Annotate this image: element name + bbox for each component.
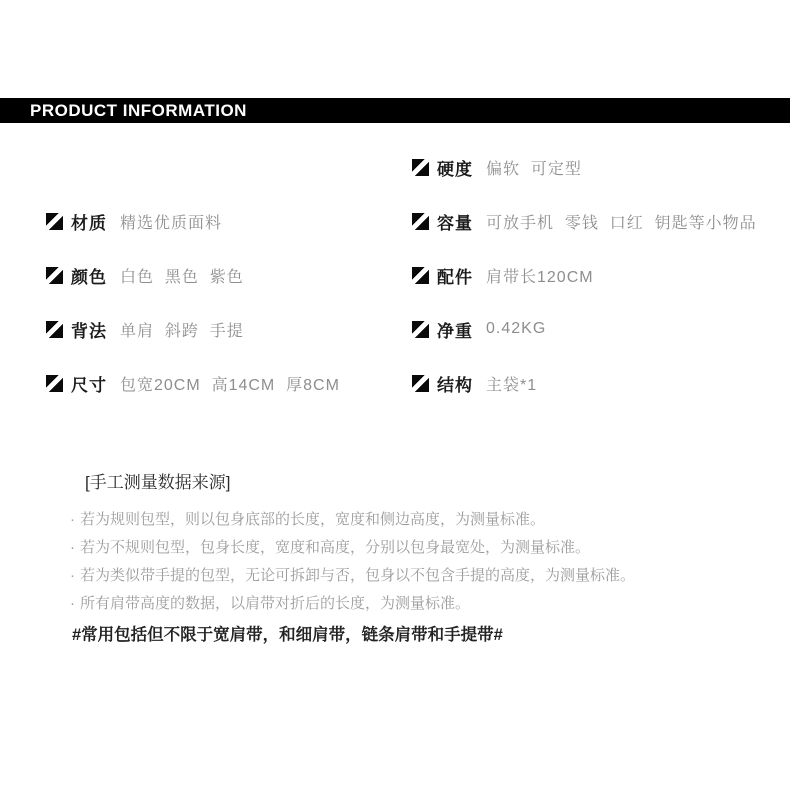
diagonal-square-icon <box>46 213 63 230</box>
spec-label: 颜色 <box>71 263 107 288</box>
measurement-notes-title: [手工测量数据来源] <box>85 468 730 493</box>
measurement-note-text: 若为类似带手提的包型，无论可拆卸与否，包身以不包含手提的高度，为测量标准。 <box>80 562 635 590</box>
spec-value: 包宽20CM 高14CM 厚8CM <box>120 372 340 395</box>
section-header-bar: PRODUCT INFORMATION <box>0 98 790 123</box>
spec-value: 0.42KG <box>486 320 546 338</box>
diagonal-square-icon <box>412 267 429 284</box>
bullet-dot-icon: · <box>70 506 80 534</box>
spec-label: 结构 <box>437 371 473 396</box>
spec-row-color: 颜色 白色 黑色 紫色 <box>46 265 244 285</box>
spec-row-capacity: 容量 可放手机 零钱 口红 钥匙等小物品 <box>412 211 757 231</box>
spec-value: 偏软 可定型 <box>486 156 582 179</box>
spec-row-accessory: 配件 肩带长120CM <box>412 265 594 285</box>
spec-label: 尺寸 <box>71 371 107 396</box>
spec-label: 硬度 <box>437 155 473 180</box>
bullet-dot-icon: · <box>70 590 80 618</box>
measurement-note-text: 所有肩带高度的数据，以肩带对折后的长度，为测量标准。 <box>80 590 470 618</box>
spec-row-net-weight: 净重 0.42KG <box>412 319 546 339</box>
measurement-note-line: · 若为类似带手提的包型，无论可拆卸与否，包身以不包含手提的高度，为测量标准。 <box>70 562 730 590</box>
spec-label: 材质 <box>71 209 107 234</box>
page-title: PRODUCT INFORMATION <box>0 101 247 121</box>
spec-row-structure: 结构 主袋*1 <box>412 373 537 393</box>
spec-value: 可放手机 零钱 口红 钥匙等小物品 <box>486 210 757 233</box>
spec-row-hardness: 硬度 偏软 可定型 <box>412 157 582 177</box>
spec-label: 容量 <box>437 209 473 234</box>
measurement-notes-section: [手工测量数据来源] · 若为规则包型，则以包身底部的长度，宽度和侧边高度，为测… <box>70 468 730 645</box>
spec-row-carry-style: 背法 单肩 斜跨 手提 <box>46 319 244 339</box>
spec-label: 背法 <box>71 317 107 342</box>
measurement-note-text: 若为不规则包型，包身长度，宽度和高度，分别以包身最宽处，为测量标准。 <box>80 534 590 562</box>
product-information-page: PRODUCT INFORMATION 硬度 偏软 可定型 容量 可放手机 零钱… <box>0 0 790 790</box>
diagonal-square-icon <box>46 375 63 392</box>
bullet-dot-icon: · <box>70 534 80 562</box>
spec-label: 配件 <box>437 263 473 288</box>
spec-value: 精选优质面料 <box>120 210 222 233</box>
spec-value: 单肩 斜跨 手提 <box>120 318 244 341</box>
spec-value: 主袋*1 <box>486 372 537 395</box>
diagonal-square-icon <box>412 375 429 392</box>
spec-row-size: 尺寸 包宽20CM 高14CM 厚8CM <box>46 373 340 393</box>
diagonal-square-icon <box>412 321 429 338</box>
spec-label: 净重 <box>437 317 473 342</box>
diagonal-square-icon <box>412 159 429 176</box>
measurement-note-text: 若为规则包型，则以包身底部的长度，宽度和侧边高度，为测量标准。 <box>80 506 545 534</box>
measurement-note-line: · 所有肩带高度的数据，以肩带对折后的长度，为测量标准。 <box>70 590 730 618</box>
spec-value: 肩带长120CM <box>486 264 594 287</box>
measurement-note-line: · 若为规则包型，则以包身底部的长度，宽度和侧边高度，为测量标准。 <box>70 506 730 534</box>
bullet-dot-icon: · <box>70 562 80 590</box>
diagonal-square-icon <box>46 321 63 338</box>
strap-note: #常用包括但不限于宽肩带，和细肩带，链条肩带和手提带# <box>72 621 730 645</box>
diagonal-square-icon <box>412 213 429 230</box>
spec-row-material: 材质 精选优质面料 <box>46 211 222 231</box>
spec-value: 白色 黑色 紫色 <box>120 264 244 287</box>
measurement-note-line: · 若为不规则包型，包身长度，宽度和高度，分别以包身最宽处，为测量标准。 <box>70 534 730 562</box>
diagonal-square-icon <box>46 267 63 284</box>
